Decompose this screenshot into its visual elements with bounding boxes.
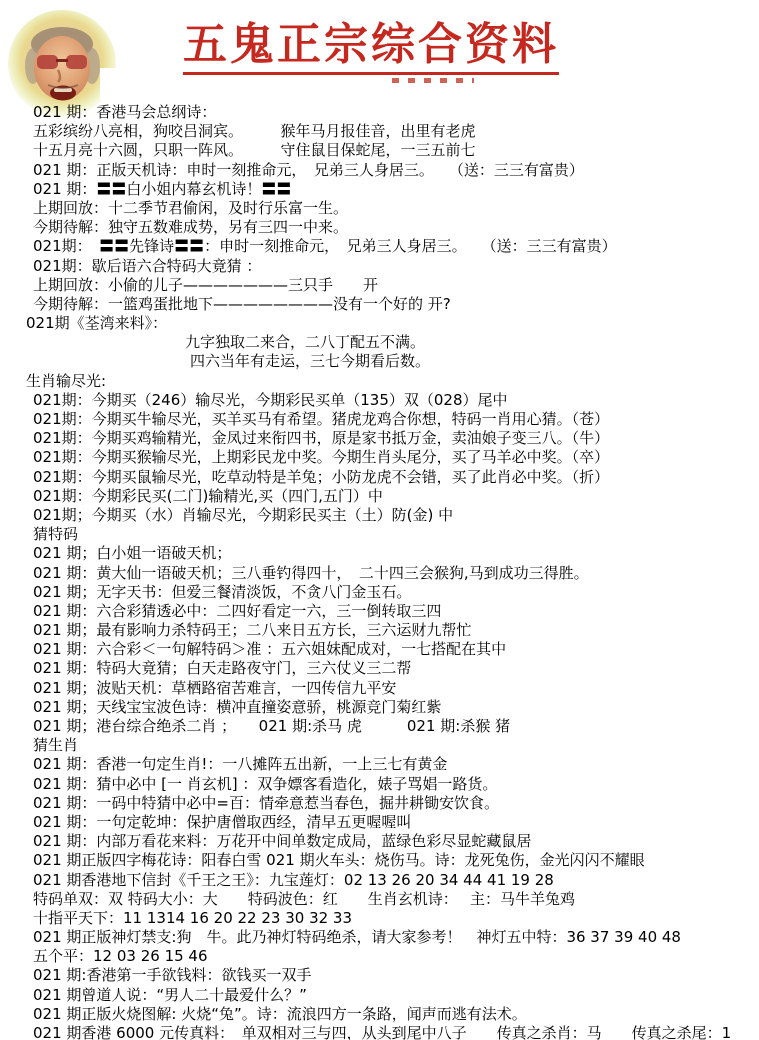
text-line: 021 期：内部万看花来料：万花开中间单数定成局，蓝绿色彩尽显蛇藏鼠居: [0, 832, 759, 851]
text-line: 021 期：特码大竟猜；白天走路夜守门，三六仗义三二帮: [0, 659, 759, 678]
text-line: 五彩缤纷八亮相，狗咬吕洞宾。 猴年马月报佳音，出里有老虎: [0, 122, 759, 141]
text-line: 021 期正版神灯禁支:狗 牛。此乃神灯特码绝杀，请大家参考！ 神灯五中特：36…: [0, 928, 759, 947]
text-line: 九字独取二来合，二八丁配五不满。: [0, 333, 759, 352]
text-line: 五个平：12 03 26 15 46: [0, 947, 759, 966]
text-line: 021期：今期买鸡输精光，金凤过来衔四书，原是家书抵万金，卖油娘子变三八。（牛）: [0, 429, 759, 448]
text-line: 021期：今期买（246）输尽光，今期彩民买单（135）双（028）尾中: [0, 391, 759, 410]
text-line: 021 期:香港第一手欲钱料：欲钱买一双手: [0, 966, 759, 985]
text-line: 021 期：六合彩＜一句解特码＞准 ：五六姐妹配成对，一七搭配在其中: [0, 640, 759, 659]
text-line: 四六当年有走运，三七今期看后数。: [0, 352, 759, 371]
text-line: 021 期：香港马会总纲诗：: [0, 103, 759, 122]
text-line: 021 期香港 6000 元传真料： 单双相对三与四，从头到尾中八子 传真之杀肖…: [0, 1024, 759, 1040]
text-line: 021 期：〓〓白小姐内幕玄机诗！〓〓: [0, 180, 759, 199]
text-line: 021 期香港地下信封《千王之王》：九宝莲灯：02 13 26 20 34 44…: [0, 871, 759, 890]
text-line: 今期待解：一篮鸡蛋批地下————————没有一个好的 开?: [0, 295, 759, 314]
text-line: 021 期正版四字梅花诗：阳春白雪 021 期火车头：烧伤马。诗：龙死兔伤，金光…: [0, 851, 759, 870]
text-line: 021期：歇后语六合特码大竟猜 ：: [0, 257, 759, 276]
text-line: 021 期；天线宝宝波色诗：横冲直撞姿意骄，桃源竞门菊红紫: [0, 698, 759, 717]
text-line: 021期：今期买猴输尽光，上期彩民龙中奖。今期生肖头尾分，买了马羊必中奖。（卒）: [0, 448, 759, 467]
red-text-artifact: [392, 78, 474, 83]
text-line: 上期回放：十二季节君偷闲，及时行乐富一生。: [0, 199, 759, 218]
text-line: 021 期曾道人说：“男人二十最爱什么？”: [0, 986, 759, 1005]
text-line: 021 期；白小姐一语破天机；: [0, 544, 759, 563]
text-line: 021 期；波贴天机：草栖路宿苦难言，一四传信九平安: [0, 679, 759, 698]
text-line: 021 期；最有影响力杀特码王；二八来日五方长，三六运财九帮忙: [0, 621, 759, 640]
text-line: 021 期：一码中特猜中必中=百：情牵意惹当春色，掘井耕锄安饮食。: [0, 794, 759, 813]
text-line: 021 期；港台综合绝杀二肖 ； 021 期:杀马 虎 021 期:杀猴 猪: [0, 717, 759, 736]
text-line: 021 期：正版天机诗：申时一刻推命元， 兄弟三人身居三。 （送：三三有富贵）: [0, 161, 759, 180]
content-lines: 021 期：香港马会总纲诗：五彩缤纷八亮相，狗咬吕洞宾。 猴年马月报佳音，出里有…: [0, 103, 759, 1040]
text-line: 生肖输尽光:: [0, 372, 759, 391]
text-line: 猜生肖: [0, 736, 759, 755]
text-line: 021 期：猜中必中 [一 肖玄机] ：双争嫖客看造化，婊子骂娼一路货。: [0, 775, 759, 794]
text-line: 021期《荃湾来料》：: [0, 314, 759, 333]
text-line: 十五月亮十六圆，只职一阵风。 守住鼠目保蛇尾，一三五前七: [0, 141, 759, 160]
text-line: 021 期正版火烧图解: 火烧“兔”。诗：流浪四方一条路，闻声而逃有法术。: [0, 1005, 759, 1024]
text-line: 021 期：六合彩猜透必中：二四好看定一六，三一倒转取三四: [0, 602, 759, 621]
text-line: 猜特码: [0, 525, 759, 544]
text-line: 十指平天下：11 1314 16 20 22 23 30 32 33: [0, 909, 759, 928]
text-line: 021期；今期买（水）肖输尽光，今期彩民买主（土）防(金) 中: [0, 506, 759, 525]
text-line: 021 期：黄大仙一语破天机；三八垂钓得四十， 二十四三会猴狗,马到成功三得胜。: [0, 564, 759, 583]
text-line: 021 期：香港一句定生肖!：一八摊阵五出新，一上三七有黄金: [0, 755, 759, 774]
text-line: 021期：今期买鼠输尽光，吃草动特是羊兔；小防龙虎不会错，买了此肖必中奖。（折）: [0, 468, 759, 487]
text-line: 021期： 〓〓先锋诗〓〓：申时一刻推命元， 兄弟三人身居三。 （送：三三有富贵…: [0, 237, 759, 256]
text-line: 特码单双：双 特码大小：大 特码波色：红 生肖玄机诗： 主：马牛羊兔鸡: [0, 890, 759, 909]
text-line: 021期：今期彩民买(二门)输精光,买（四门,五门）中: [0, 487, 759, 506]
text-line: 021 期；无字天书：但爱三餐清淡饭，不贪八门金玉石。: [0, 583, 759, 602]
text-line: 上期回放：小偷的儿子———————三只手 开: [0, 276, 759, 295]
text-line: 今期待解：独守五数难成势，另有三四一中来。: [0, 218, 759, 237]
text-line: 021期：今期买牛输尽光，买羊买马有希望。猪虎龙鸡合你想，特码一肖用心猜。（苍）: [0, 410, 759, 429]
text-line: 021 期：一句定乾坤：保护唐僧取西经，清早五更喔喔叫: [0, 813, 759, 832]
page-title: 五鬼正宗综合资料: [183, 20, 559, 75]
